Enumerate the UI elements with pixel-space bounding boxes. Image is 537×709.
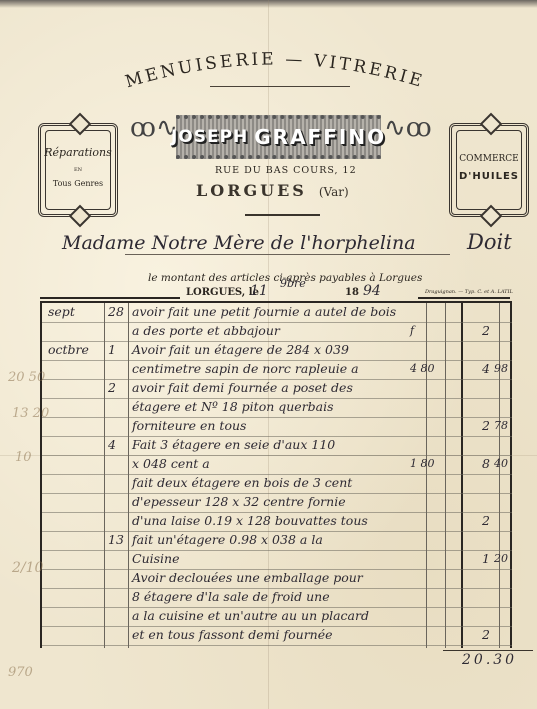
row-description: fait un'étagere 0.98 x 038 a la <box>132 532 323 548</box>
row-description: Cuisine <box>132 551 179 567</box>
rule <box>418 297 510 299</box>
doit-label: Doit <box>467 230 512 254</box>
knot-ornament-icon <box>69 205 92 228</box>
row-description: étagere et Nº 18 piton querbais <box>132 399 334 415</box>
column-divider <box>128 303 129 648</box>
row-unit-price: 1 80 <box>410 456 435 472</box>
row-francs: 4 <box>482 361 490 377</box>
row-description: x 048 cent a <box>132 456 210 472</box>
first-name: JOSEPH <box>171 127 248 147</box>
panel-text: Tous Genres <box>41 179 115 188</box>
trade-title: MENUISERIE — VITRERIE <box>90 42 460 92</box>
invoice-total: 20.30 <box>462 652 517 668</box>
panel-text: Réparations <box>41 146 115 159</box>
column-divider <box>426 303 427 648</box>
row-description: et en tous fassont demi fournée <box>132 627 333 643</box>
row-rule <box>42 645 512 646</box>
repairs-panel: Réparations EN Tous Genres <box>38 123 118 217</box>
row-month: sept <box>48 304 75 320</box>
row-day: 13 <box>108 532 124 548</box>
column-divider <box>461 303 463 648</box>
row-centimes: 98 <box>494 361 508 377</box>
row-centimes: 40 <box>494 456 508 472</box>
panel-text: EN <box>41 167 115 173</box>
panel-text: COMMERCE <box>452 154 526 164</box>
rule <box>40 297 180 299</box>
margin-note: 2/10 <box>12 560 43 576</box>
row-francs: 1 <box>482 551 490 567</box>
printer-credit: Draguignan. — Typ. C. et A. LATIL <box>425 289 513 295</box>
row-centimes: 20 <box>494 551 508 567</box>
row-description: Avoir declouées une emballage pour <box>132 570 363 586</box>
row-unit-price: f <box>410 323 414 339</box>
column-divider <box>510 303 512 648</box>
oils-panel: COMMERCE D'HUILES <box>449 123 529 217</box>
total-underline <box>443 650 533 651</box>
street-address: RUE DU BAS COURS, 12 <box>215 165 357 176</box>
row-description: 8 étagere d'la sale de froid une <box>132 589 330 605</box>
row-description: avoir fait une petit fournie a autel de … <box>132 304 396 320</box>
row-francs: 2 <box>482 323 490 339</box>
row-description: forniteure en tous <box>132 418 246 434</box>
title-underline <box>210 86 350 87</box>
row-day: 28 <box>108 304 124 320</box>
row-rule <box>42 550 512 551</box>
row-rule <box>42 455 512 456</box>
knot-ornament-icon <box>480 113 503 136</box>
panel-text: D'HUILES <box>452 171 526 182</box>
row-rule <box>42 417 512 418</box>
ornamental-rule <box>245 214 320 216</box>
row-description: a la cuisine et un'autre au un placard <box>132 608 369 624</box>
row-description: avoir fait demi fournée a poset des <box>132 380 353 396</box>
row-description: a des porte et abbajour <box>132 323 280 339</box>
addressee: Madame Notre Mère de l'horphelina <box>62 232 416 254</box>
row-month: octbre <box>48 342 89 358</box>
year-prefix: 18 <box>345 287 359 298</box>
row-francs: 2 <box>482 513 490 529</box>
date-line: LORGUES, le 11 9bre 18 94 Draguignan. — … <box>0 287 537 301</box>
margin-note: 970 <box>8 665 33 680</box>
margin-note: 10 <box>15 450 32 465</box>
margin-note: 13 20 <box>12 406 49 421</box>
year-suffix: 94 <box>363 283 381 299</box>
row-day: 1 <box>108 342 116 358</box>
row-francs: 2 <box>482 627 490 643</box>
date-label: LORGUES, le <box>186 287 259 298</box>
department: (Var) <box>319 185 349 199</box>
row-description: Avoir fait un étagere de 284 x 039 <box>132 342 349 358</box>
knot-ornament-icon <box>69 113 92 136</box>
row-description: Fait 3 étagere en seie d'aux 110 <box>132 437 335 453</box>
column-divider <box>104 303 105 648</box>
flourish-right-icon: ∿ꝏ <box>384 113 432 143</box>
row-description: fait deux étagere en bois de 3 cent <box>132 475 352 491</box>
margin-note: 20 50 <box>8 370 45 385</box>
date-month: 9bre <box>280 277 306 290</box>
column-divider <box>445 303 446 648</box>
row-unit-price: 4 80 <box>410 361 435 377</box>
row-day: 2 <box>108 380 116 396</box>
date-day: 11 <box>250 283 268 299</box>
knot-ornament-icon <box>480 205 503 228</box>
last-name: GRAFFINO <box>254 125 386 149</box>
row-description: centimetre sapin de norc rapleuie a <box>132 361 359 377</box>
row-day: 4 <box>108 437 116 453</box>
row-francs: 8 <box>482 456 490 472</box>
name-banner: JOSEPH GRAFFINO <box>176 115 381 159</box>
town-line: LORGUES(Var) <box>196 181 349 200</box>
row-description: d'una laise 0.19 x 128 bouvattes tous <box>132 513 368 529</box>
row-centimes: 78 <box>494 418 508 434</box>
town-name: LORGUES <box>196 181 307 200</box>
addressee-line <box>125 254 450 255</box>
row-francs: 2 <box>482 418 490 434</box>
column-divider <box>499 303 500 648</box>
row-description: d'epesseur 128 x 32 centre fornie <box>132 494 346 510</box>
